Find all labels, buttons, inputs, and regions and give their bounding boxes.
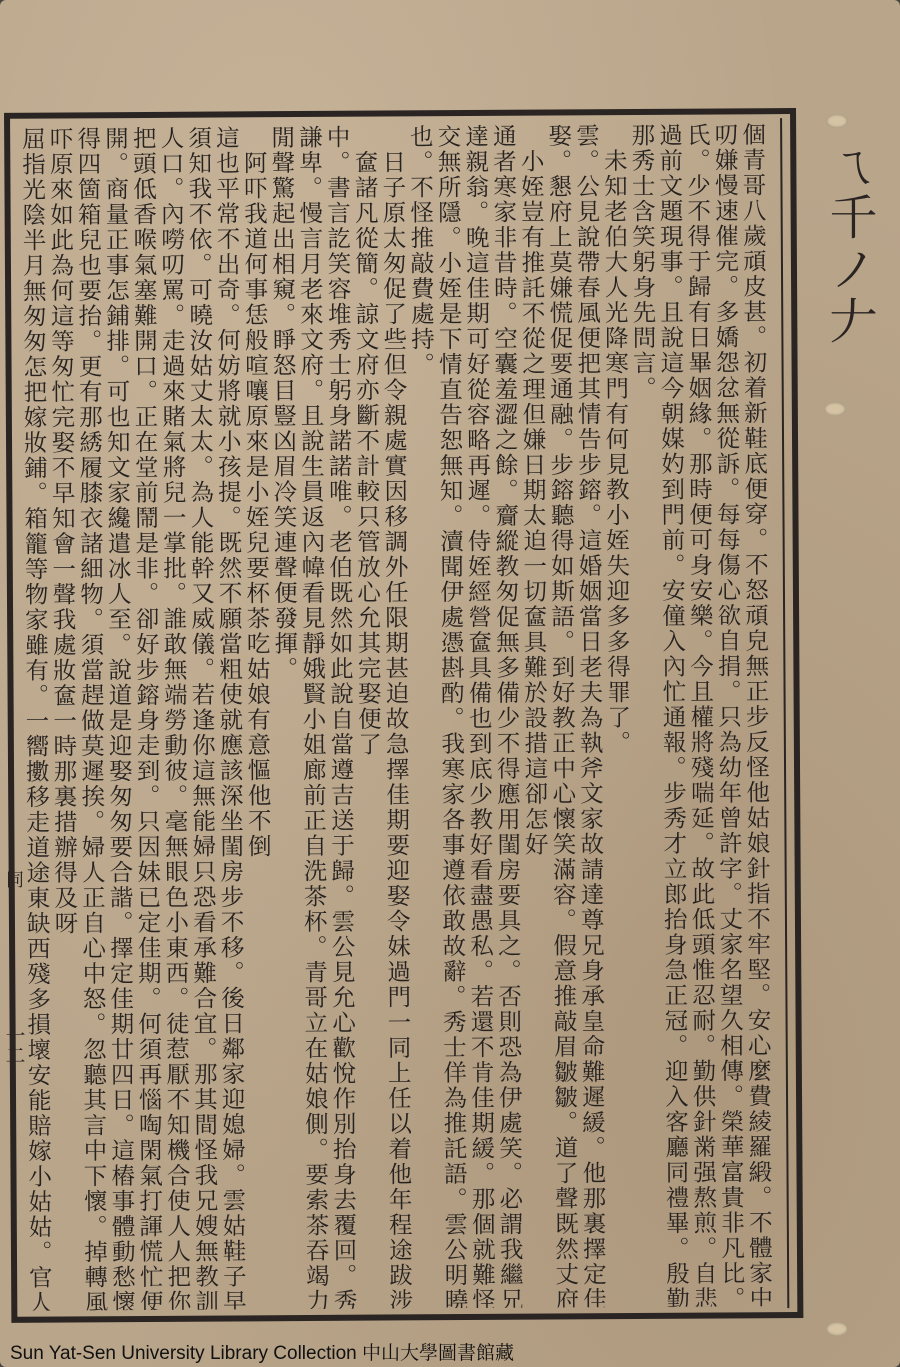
text-column: 個青哥八歲頑皮甚。初着新鞋底便穿。不怒頑皃無正步反怪他姑娘針指不牢堅。安心麼費綾… (740, 122, 775, 1306)
text-frame: 個青哥八歲頑皮甚。初着新鞋底便穿。不怒頑皃無正步反怪他姑娘針指不牢堅。安心麼費綾… (4, 108, 803, 1323)
leaf-side-mark: 同 (0, 870, 26, 888)
binding-stitch-hole (826, 1322, 848, 1336)
binding-stitch-hole (824, 402, 846, 416)
leaf-number: 一二 (0, 1025, 29, 1065)
binding-stitch-hole (826, 114, 848, 128)
handwritten-margin-note: ㄟ千ノ𠂇 (815, 140, 884, 348)
vertical-text-body: 個青哥八歲頑皮甚。初着新鞋底便穿。不怒頑皃無正步反怪他姑娘針指不牢堅。安心麼費綾… (20, 122, 775, 1311)
frame-inner-rule (780, 118, 789, 1308)
collection-watermark: Sun Yat-Sen University Library Collectio… (10, 1338, 514, 1365)
book-page: ㄟ千ノ𠂇 個青哥八歲頑皮甚。初着新鞋底便穿。不怒頑皃無正步反怪他姑娘針指不牢堅。… (0, 0, 900, 1367)
